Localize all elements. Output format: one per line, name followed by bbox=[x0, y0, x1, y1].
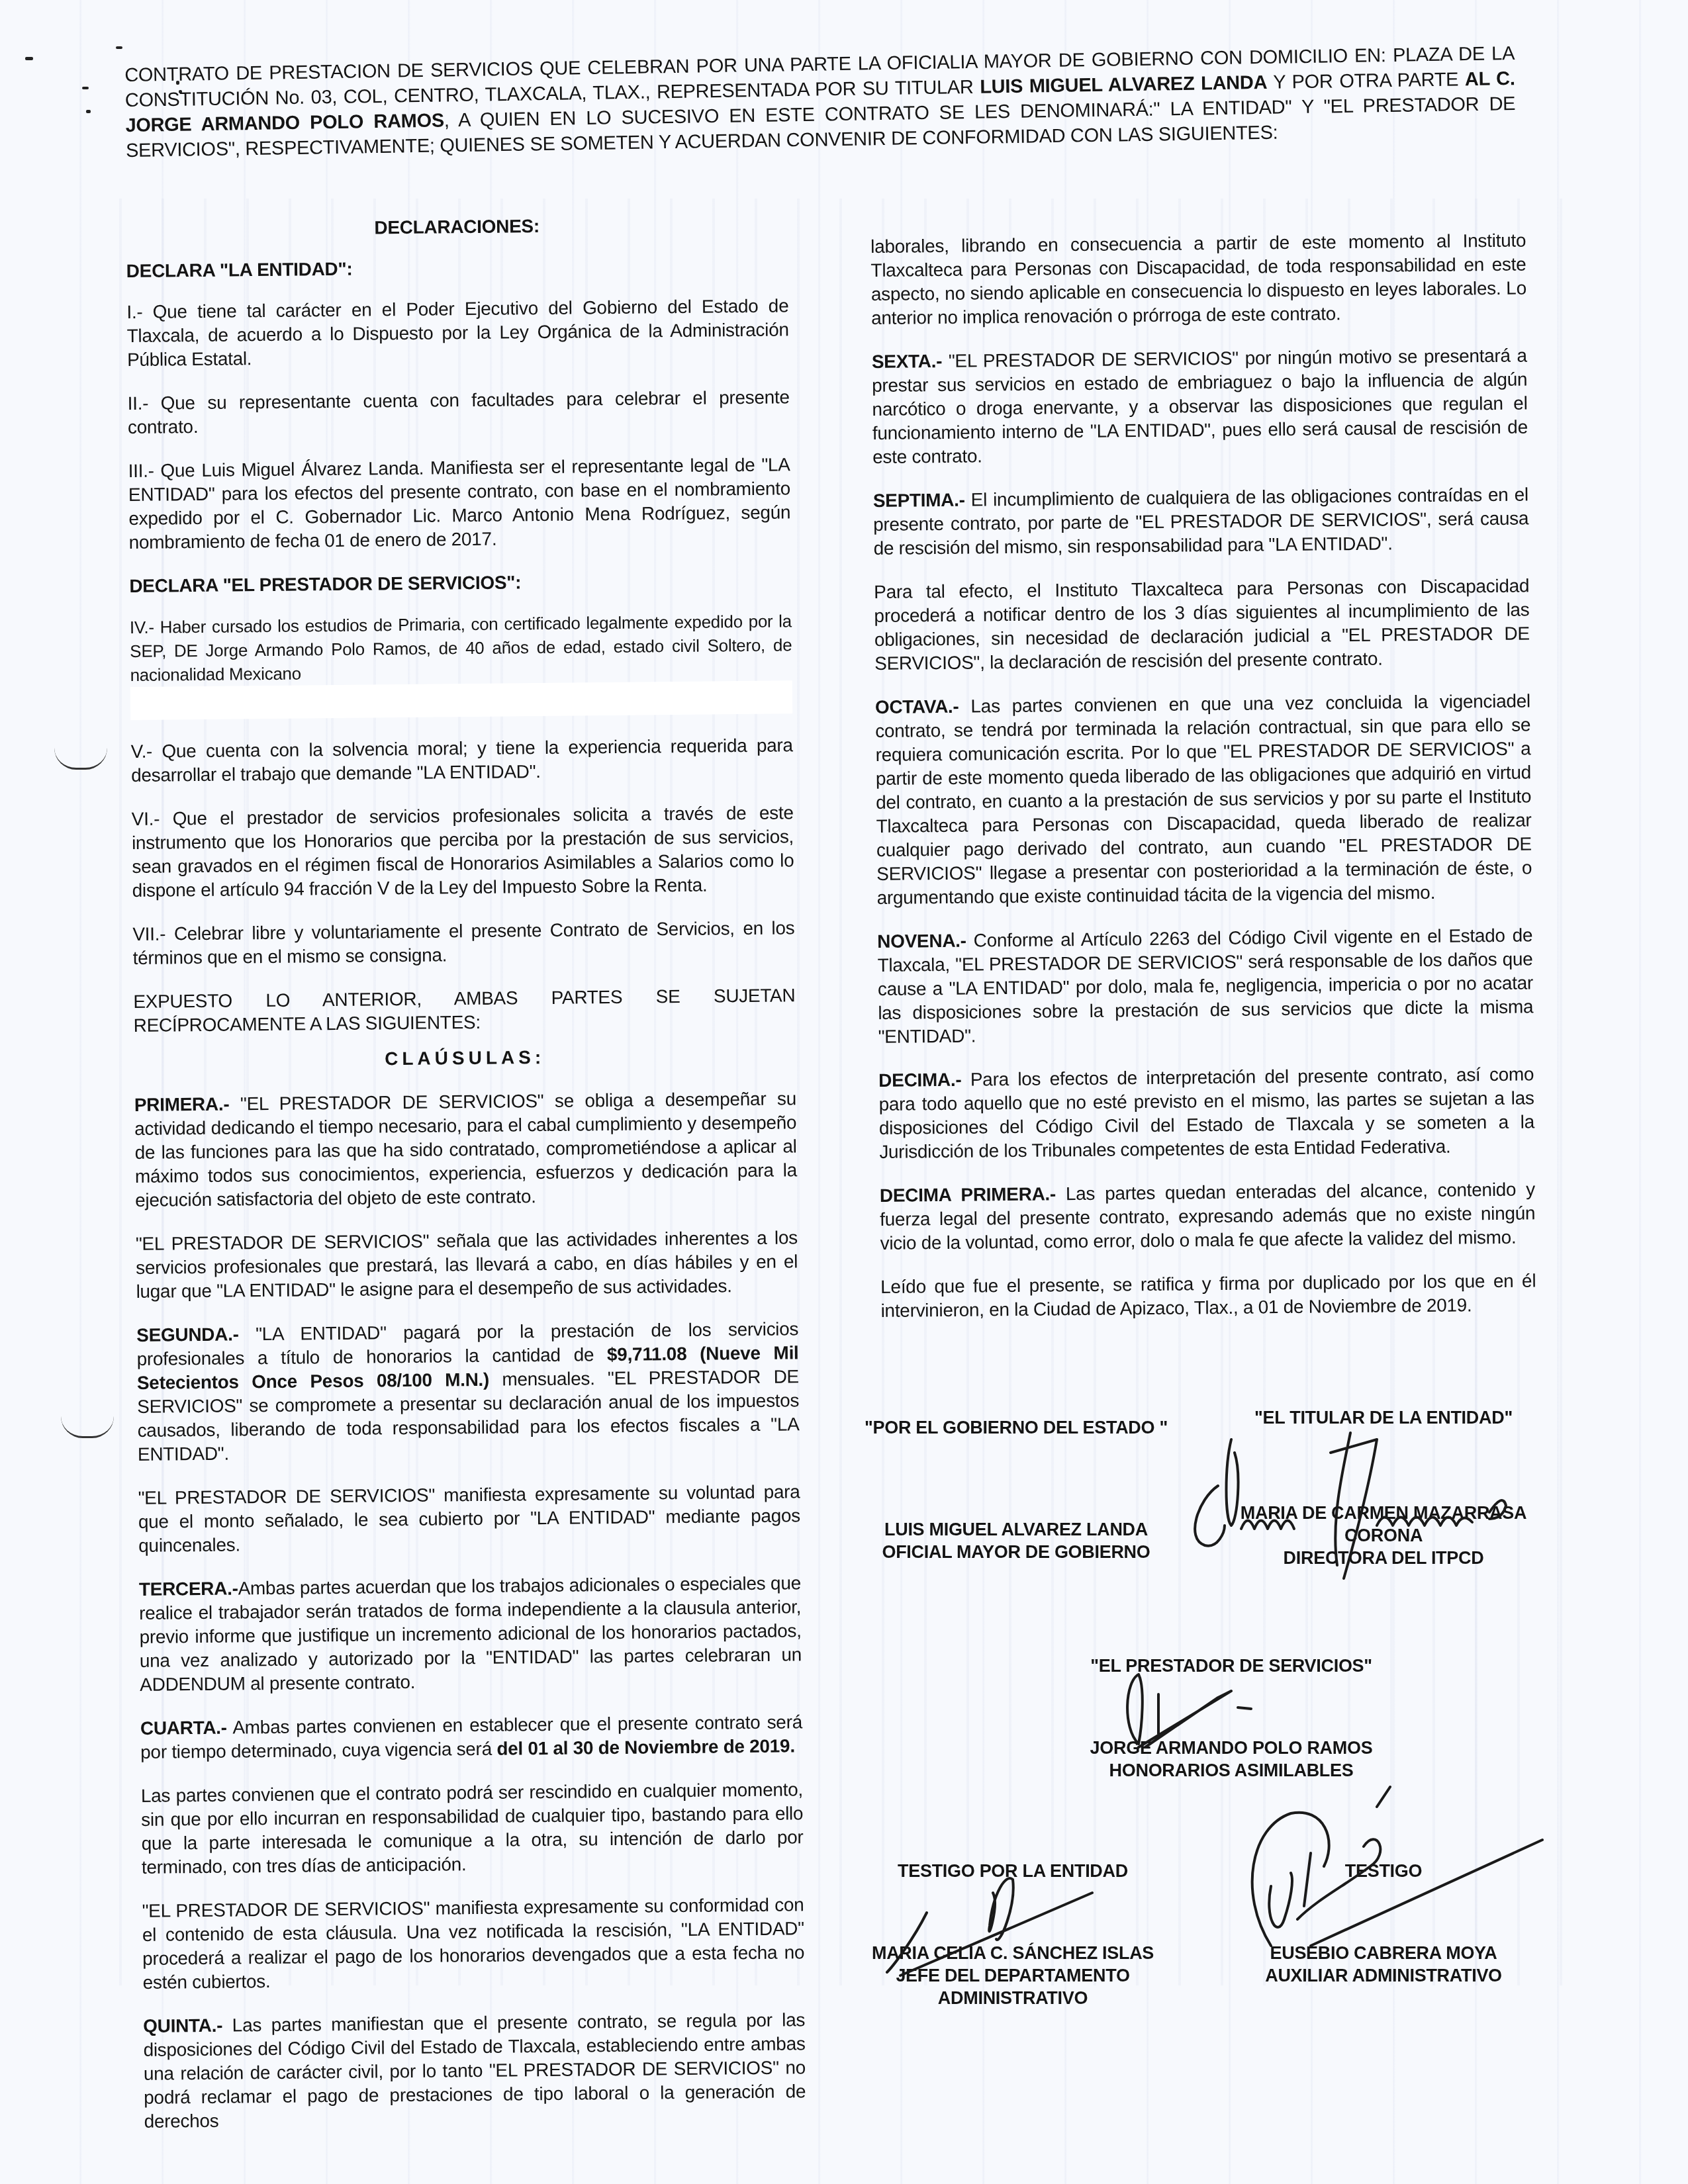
clausula-text: Conforme al Artículo 2263 del Código Civ… bbox=[877, 925, 1533, 1046]
signature-block-prestador: "EL PRESTADOR DE SERVICIOS" JORGE ARMAND… bbox=[1046, 1655, 1417, 1782]
clausula-cuarta-p3: "EL PRESTADOR DE SERVICIOS" manifiesta e… bbox=[142, 1893, 804, 1995]
clausula-quinta-cont: laborales, librando en consecuencia a pa… bbox=[870, 228, 1526, 330]
clausula-label: NOVENA.- bbox=[877, 931, 966, 952]
clausula-novena: NOVENA.- Conforme al Artículo 2263 del C… bbox=[877, 923, 1534, 1048]
declaracion-vii: VII.- Celebrar libre y voluntariamente e… bbox=[132, 916, 795, 970]
clausula-tercera: TERCERA.-Ambas partes acuerdan que los t… bbox=[139, 1571, 802, 1697]
clausula-label: SEPTIMA.- bbox=[873, 490, 965, 511]
clausula-septima-p2: Para tal efecto, el Instituto Tlaxcaltec… bbox=[874, 574, 1530, 675]
declaracion-iii: III.- Que Luis Miguel Álvarez Landa. Man… bbox=[128, 453, 790, 555]
handwritten-signature-icon bbox=[1231, 1787, 1549, 1959]
clausula-octava: OCTAVA.- Las partes convienen en que una… bbox=[875, 689, 1532, 909]
signatory-title-line2: ADMINISTRATIVO bbox=[861, 1987, 1165, 2009]
clausula-text: Ambas partes acuerdan que los trabajos a… bbox=[139, 1572, 802, 1695]
clausula-text: "EL PRESTADOR DE SERVICIOS" por ningún m… bbox=[872, 345, 1528, 467]
declara-entidad-heading: DECLARA "LA ENTIDAD": bbox=[126, 253, 788, 283]
scan-speck bbox=[25, 57, 33, 60]
clausula-septima: SEPTIMA.- El incumplimiento de cualquier… bbox=[873, 482, 1529, 560]
clausulas-title: CLAÚSULAS: bbox=[134, 1043, 796, 1073]
redacted-block bbox=[130, 680, 792, 720]
clausula-segunda-p2: "EL PRESTADOR DE SERVICIOS" manifiesta e… bbox=[138, 1480, 800, 1558]
declaracion-vi: VI.- Que el prestador de servicios profe… bbox=[132, 801, 794, 903]
scanned-page: CONTRATO DE PRESTACION DE SERVICIOS QUE … bbox=[0, 0, 1688, 2184]
declaracion-ii: II.- Que su representante cuenta con fac… bbox=[128, 385, 790, 439]
preamble-text: Y POR OTRA PARTE bbox=[1267, 69, 1465, 93]
declaracion-i: I.- Que tiene tal carácter en el Poder E… bbox=[126, 294, 789, 372]
signature-block-titular: "EL TITULAR DE LA ENTIDAD" MARIA DE CARM… bbox=[1211, 1406, 1556, 1569]
clausula-decima-primera: DECIMA PRIMERA.- Las partes quedan enter… bbox=[880, 1177, 1536, 1255]
contract-preamble: CONTRATO DE PRESTACION DE SERVICIOS QUE … bbox=[124, 41, 1516, 163]
punch-hole-mark bbox=[61, 1416, 114, 1438]
right-column: laborales, librando en consecuencia a pa… bbox=[870, 228, 1536, 1342]
clausula-text: Las partes manifiestan que el presente c… bbox=[143, 2009, 806, 2132]
expuesto-statement: EXPUESTO LO ANTERIOR, AMBAS PARTES SE SU… bbox=[133, 983, 796, 1038]
declaraciones-title: DECLARACIONES: bbox=[126, 212, 788, 242]
clausula-cuarta-p2: Las partes convienen que el contrato pod… bbox=[141, 1778, 804, 1880]
handwritten-signature-icon bbox=[1092, 1668, 1291, 1760]
handwritten-signature-icon bbox=[1178, 1413, 1549, 1565]
scan-speck bbox=[116, 46, 122, 49]
clausula-decima: DECIMA.- Para los efectos de interpretac… bbox=[878, 1062, 1534, 1163]
clausula-label: OCTAVA.- bbox=[875, 696, 959, 717]
clausula-text: El incumplimiento de cualquiera de las o… bbox=[873, 484, 1528, 558]
declaracion-iv: IV.- Haber cursado los estudios de Prima… bbox=[130, 609, 792, 687]
clausula-text: "EL PRESTADOR DE SERVICIOS" se obliga a … bbox=[134, 1088, 797, 1210]
scan-speck bbox=[82, 87, 89, 89]
contract-period: del 01 al 30 de Noviembre de 2019. bbox=[496, 1735, 795, 1758]
signature-block-gobierno: "POR EL GOBIERNO DEL ESTADO " LUIS MIGUE… bbox=[861, 1416, 1172, 1563]
clausula-primera-p2: "EL PRESTADOR DE SERVICIOS" señala que l… bbox=[136, 1226, 798, 1304]
preamble-titular-name: LUIS MIGUEL ALVAREZ LANDA bbox=[980, 72, 1267, 98]
left-column: DECLARACIONES: DECLARA "LA ENTIDAD": I.-… bbox=[126, 212, 806, 2153]
declaracion-v: V.- Que cuenta con la solvencia moral; y… bbox=[131, 733, 794, 788]
scan-speck bbox=[86, 110, 91, 113]
clausula-segunda: SEGUNDA.- "LA ENTIDAD" pagará por la pre… bbox=[136, 1317, 800, 1467]
clausula-cuarta: CUARTA.- Ambas partes convienen en estab… bbox=[140, 1710, 803, 1764]
signature-block-testigo: TESTIGO EUSEBIO CABRERA MOYA AUXILIAR AD… bbox=[1238, 1860, 1529, 1987]
signature-caption: "POR EL GOBIERNO DEL ESTADO " bbox=[861, 1416, 1172, 1439]
clausula-quinta: QUINTA.- Las partes manifiestan que el p… bbox=[143, 2008, 806, 2134]
handwritten-signature-icon bbox=[874, 1866, 1178, 1979]
signatory-name: LUIS MIGUEL ALVAREZ LANDA bbox=[861, 1518, 1172, 1541]
signatory-title: OFICIAL MAYOR DE GOBIERNO bbox=[861, 1541, 1172, 1563]
signature-block-testigo-entidad: TESTIGO POR LA ENTIDAD MARIA CELIA C. SÁ… bbox=[861, 1860, 1165, 2009]
clausula-label: SEGUNDA.- bbox=[136, 1324, 239, 1345]
clausula-primera: PRIMERA.- "EL PRESTADOR DE SERVICIOS" se… bbox=[134, 1087, 798, 1212]
closing-statement: Leído que fue el presente, se ratifica y… bbox=[880, 1269, 1536, 1322]
clausula-label: CUARTA.- bbox=[140, 1717, 227, 1739]
clausula-text: Para los efectos de interpretación del p… bbox=[878, 1064, 1534, 1161]
clausula-label: QUINTA.- bbox=[143, 2015, 222, 2036]
clausula-text: Las partes convienen en que una vez conc… bbox=[875, 690, 1532, 907]
clausula-label: TERCERA.- bbox=[139, 1578, 238, 1599]
signatory-title: AUXILIAR ADMINISTRATIVO bbox=[1238, 1964, 1529, 1987]
clausula-label: DECIMA PRIMERA.- bbox=[880, 1183, 1056, 1206]
declara-prestador-heading: DECLARA "EL PRESTADOR DE SERVICIOS": bbox=[129, 568, 791, 598]
clausula-label: PRIMERA.- bbox=[134, 1094, 230, 1115]
punch-hole-mark bbox=[54, 748, 107, 770]
clausula-label: DECIMA.- bbox=[878, 1069, 961, 1091]
clausula-label: SEXTA.- bbox=[872, 351, 943, 372]
signatory-title: HONORARIOS ASIMILABLES bbox=[1046, 1759, 1417, 1782]
clausula-sexta: SEXTA.- "EL PRESTADOR DE SERVICIOS" por … bbox=[872, 343, 1528, 469]
